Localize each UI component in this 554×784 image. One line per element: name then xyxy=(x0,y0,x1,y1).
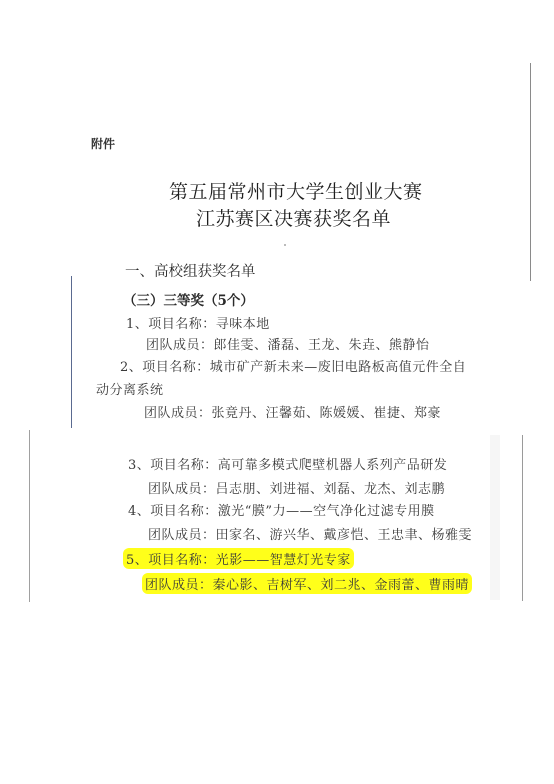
entry-4-project: 4、项目名称：激光“膜”力——空气净化过滤专用膜 xyxy=(128,500,435,519)
document-title-line2: 江苏赛区决赛获奖名单 xyxy=(196,204,391,231)
entry-3-project: 3、项目名称：高可靠多模式爬壁机器人系列产品研发 xyxy=(128,454,447,473)
document-title-line1: 第五届常州市大学生创业大赛 xyxy=(169,177,423,204)
entry-2-project-cont: 动分离系统 xyxy=(96,379,164,398)
entry-5-project-highlighted: 5、项目名称：光影——智慧灯光专家 xyxy=(123,548,354,569)
entry-1-team: 团队成员：郎佳雯、潘磊、王龙、朱垚、熊静怡 xyxy=(146,334,430,353)
entry-2-project: 2、项目名称：城市矿产新未来—废旧电路板高值元件全自 xyxy=(120,356,466,375)
entry-4-team: 团队成员：田家名、游兴华、戴彦恺、王忠聿、杨雅雯 xyxy=(148,524,472,543)
scan-speck xyxy=(284,244,286,246)
subsection-heading: （三）三等奖（5个） xyxy=(123,289,254,309)
entry-3-team: 团队成员：吕志朋、刘进福、刘磊、龙杰、刘志鹏 xyxy=(148,478,445,497)
scan-edge-line-bottom-left xyxy=(29,430,30,602)
section-heading: 一、高校组获奖名单 xyxy=(125,260,256,281)
scan-edge-line-mid-left xyxy=(71,276,72,428)
entry-2-team: 团队成员：张竟丹、汪馨茹、陈媛媛、崔捷、郑豪 xyxy=(144,402,441,421)
scan-edge-line-top-right xyxy=(530,63,531,281)
entry-1-project: 1、项目名称：寻味本地 xyxy=(126,313,270,332)
scan-shadow-band xyxy=(490,435,500,600)
entry-5-team-highlighted: 团队成员：秦心影、吉树军、刘二兆、金雨蕾、曹雨晴 xyxy=(142,573,472,594)
scan-edge-line-bottom-right xyxy=(522,435,523,601)
attachment-label: 附件 xyxy=(91,135,115,152)
